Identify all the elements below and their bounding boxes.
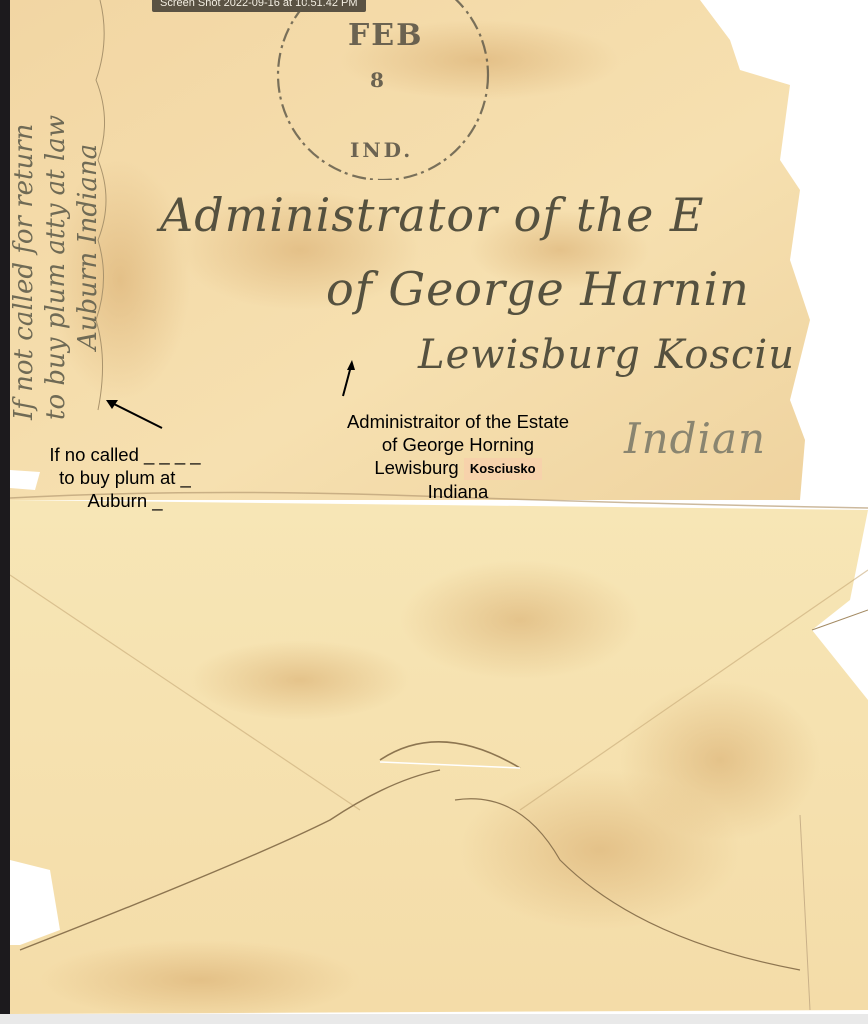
handwritten-address-line-3: Lewisburg Kosciu [418, 332, 795, 378]
address-transcription-line-3: Lewisburg Kosciusko [316, 456, 600, 480]
handwritten-address-line-4: Indian [624, 414, 766, 463]
transcription-line-1: If no called _ _ _ _ [30, 443, 220, 466]
postmark: FEB 8 IND. [272, 0, 494, 180]
handwritten-address-line-1: Administrator of the E [160, 188, 705, 242]
address-transcription: Administraitor of the Estate of George H… [316, 410, 600, 503]
postmark-day: 8 [370, 68, 384, 92]
side-note-line-1: If not called for return [8, 115, 40, 420]
address-county-highlight: Kosciusko [464, 458, 542, 480]
address-transcription-line-1: Administraitor of the Estate [316, 410, 600, 433]
arrow-icon-address [336, 358, 360, 400]
postmark-month: FEB [348, 18, 424, 53]
handwritten-side-note: If not called for return to buy plum att… [8, 115, 104, 420]
transcription-line-3: Auburn _ [30, 489, 220, 512]
arrow-icon-side-note [100, 392, 170, 432]
side-note-line-2: to buy plum atty at law [40, 115, 72, 420]
address-city: Lewisburg [374, 457, 458, 478]
transcription-line-2: to buy plum at _ [30, 466, 220, 489]
address-transcription-line-4: Indiana [316, 480, 600, 503]
side-note-line-3: Auburn Indiana [72, 115, 104, 420]
address-transcription-line-2: of George Horning [316, 433, 600, 456]
handwritten-address-line-2: of George Harnin [326, 262, 750, 316]
scanner-bottom-edge [0, 1014, 868, 1024]
side-note-transcription: If no called _ _ _ _ to buy plum at _ Au… [30, 443, 220, 512]
postmark-state: IND. [350, 138, 413, 162]
